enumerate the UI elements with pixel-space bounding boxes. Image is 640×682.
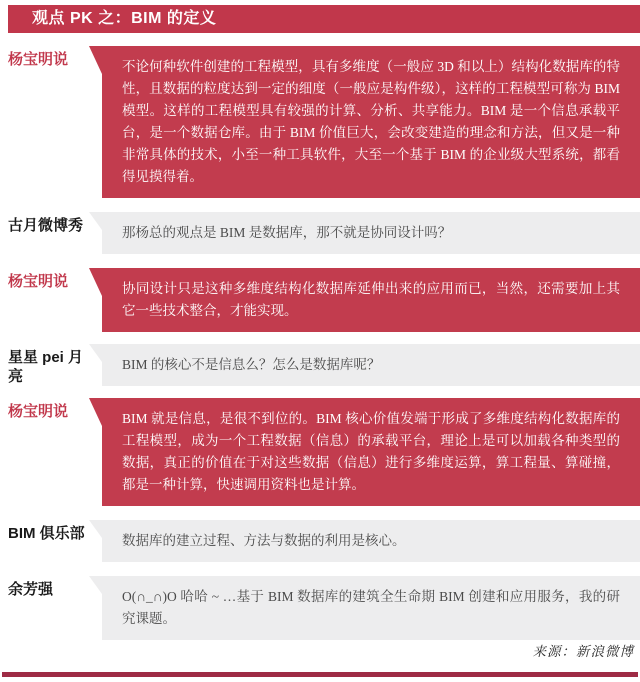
message-text: BIM 就是信息，是很不到位的。BIM 核心价值发端于形成了多维度结构化数据库的… bbox=[122, 411, 620, 492]
bubble-tail-icon bbox=[89, 398, 102, 426]
message-row: 古月微博秀 那杨总的观点是 BIM 是数据库，那不就是协同设计吗？ bbox=[0, 212, 640, 254]
bubble-tail-icon bbox=[89, 212, 102, 230]
speaker-name: 杨宝明说 bbox=[0, 398, 88, 421]
message-row: BIM 俱乐部 数据库的建立过程、方法与数据的利用是核心。 bbox=[0, 520, 640, 562]
message-row: 余芳强 O(∩_∩)O 哈哈 ~ …基于 BIM 数据库的建筑全生命期 BIM … bbox=[0, 576, 640, 640]
message-bubble: 不论何种软件创建的工程模型，具有多维度（一般应 3D 和以上）结构化数据库的特性… bbox=[102, 46, 640, 198]
message-row: 杨宝明说 BIM 就是信息，是很不到位的。BIM 核心价值发端于形成了多维度结构… bbox=[0, 398, 640, 506]
message-text: 数据库的建立过程、方法与数据的利用是核心。 bbox=[122, 533, 406, 548]
message-row: 星星 pei 月亮 BIM 的核心不是信息么？怎么是数据库呢？ bbox=[0, 344, 640, 386]
bubble-tail-icon bbox=[89, 46, 102, 74]
message-row: 杨宝明说 不论何种软件创建的工程模型，具有多维度（一般应 3D 和以上）结构化数… bbox=[0, 46, 640, 198]
speaker-name: BIM 俱乐部 bbox=[0, 520, 88, 543]
message-row: 杨宝明说 协同设计只是这种多维度结构化数据库延伸出来的应用而已，当然，还需要加上… bbox=[0, 268, 640, 332]
message-bubble: O(∩_∩)O 哈哈 ~ …基于 BIM 数据库的建筑全生命期 BIM 创建和应… bbox=[102, 576, 640, 640]
message-bubble: 协同设计只是这种多维度结构化数据库延伸出来的应用而已，当然，还需要加上其它一些技… bbox=[102, 268, 640, 332]
speaker-name: 余芳强 bbox=[0, 576, 88, 599]
page-title: 观点 PK 之：BIM 的定义 bbox=[8, 5, 640, 33]
discussion-thread: 杨宝明说 不论何种软件创建的工程模型，具有多维度（一般应 3D 和以上）结构化数… bbox=[0, 46, 640, 654]
message-text: 那杨总的观点是 BIM 是数据库，那不就是协同设计吗？ bbox=[122, 225, 451, 240]
source-attribution: 来源：新浪微博 bbox=[533, 640, 635, 660]
speaker-name: 星星 pei 月亮 bbox=[0, 344, 88, 386]
bottom-divider-bar bbox=[2, 672, 638, 677]
bubble-tail-icon bbox=[89, 344, 102, 362]
bubble-tail-icon bbox=[89, 576, 102, 594]
message-bubble: 那杨总的观点是 BIM 是数据库，那不就是协同设计吗？ bbox=[102, 212, 640, 254]
article-page: 观点 PK 之：BIM 的定义 杨宝明说 不论何种软件创建的工程模型，具有多维度… bbox=[0, 0, 640, 682]
message-text: 协同设计只是这种多维度结构化数据库延伸出来的应用而已，当然，还需要加上其它一些技… bbox=[122, 281, 620, 318]
speaker-name: 古月微博秀 bbox=[0, 212, 88, 235]
speaker-name: 杨宝明说 bbox=[0, 46, 88, 69]
bubble-tail-icon bbox=[89, 268, 102, 296]
speaker-name: 杨宝明说 bbox=[0, 268, 88, 291]
message-text: BIM 的核心不是信息么？怎么是数据库呢？ bbox=[122, 357, 380, 372]
message-bubble: BIM 就是信息，是很不到位的。BIM 核心价值发端于形成了多维度结构化数据库的… bbox=[102, 398, 640, 506]
message-text: 不论何种软件创建的工程模型，具有多维度（一般应 3D 和以上）结构化数据库的特性… bbox=[122, 59, 620, 184]
message-bubble: 数据库的建立过程、方法与数据的利用是核心。 bbox=[102, 520, 640, 562]
bubble-tail-icon bbox=[89, 520, 102, 538]
message-bubble: BIM 的核心不是信息么？怎么是数据库呢？ bbox=[102, 344, 640, 386]
message-text: O(∩_∩)O 哈哈 ~ …基于 BIM 数据库的建筑全生命期 BIM 创建和应… bbox=[122, 589, 620, 626]
